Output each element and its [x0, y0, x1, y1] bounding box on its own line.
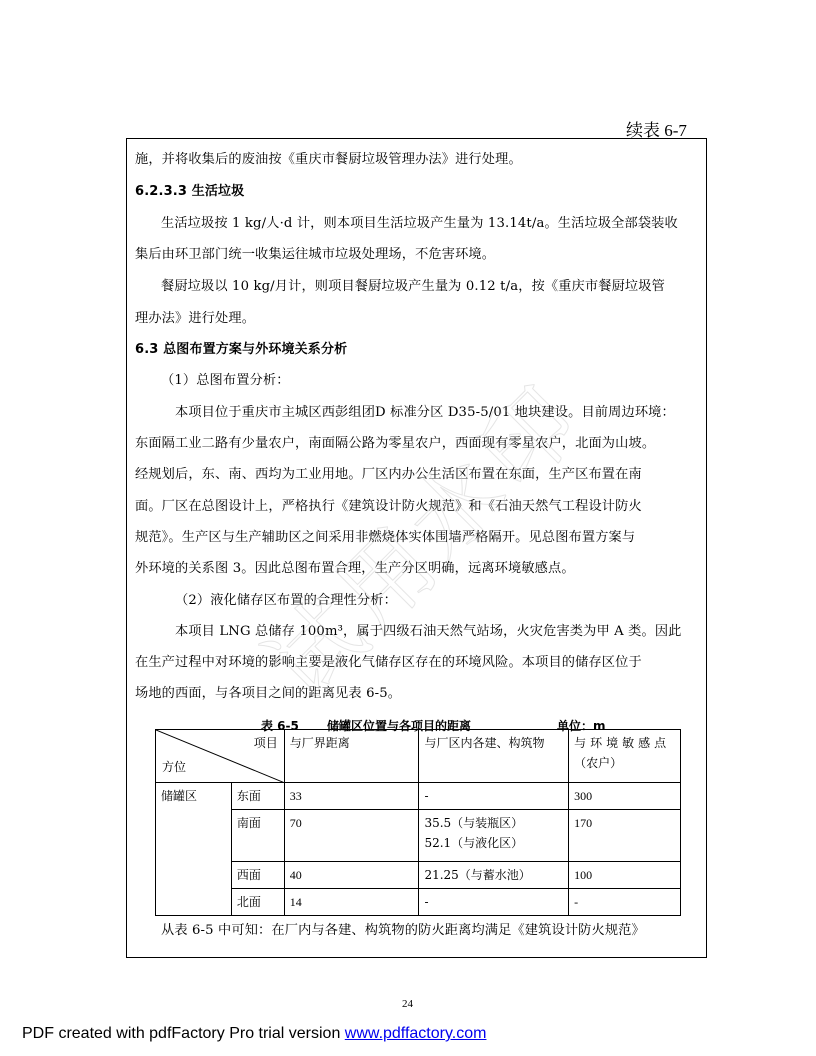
section-heading-6-2-3-3: 6.2.3.3 生活垃圾: [135, 184, 698, 200]
sensitive-cell: -: [569, 889, 681, 916]
buildings-cell: 21.25（与蓄水池）: [419, 862, 569, 889]
pdf-notice: PDF created with pdfFactory Pro trial ve…: [22, 1025, 345, 1042]
text-line: 东面隔工业二路有少量农户，南面隔公路为零星农户，西面现有零星农户，北面为山坡。: [135, 436, 698, 452]
text-line: 餐厨垃圾以 10 kg/月计，则项目餐厨垃圾产生量为 0.12 t/a，按《重庆…: [135, 279, 698, 295]
table-row: 南面 70 35.5（与装瓶区） 52.1（与液化区） 170: [156, 810, 681, 862]
text-line: 经规划后，东、南、西均为工业用地。厂区内办公生活区布置在东面，生产区布置在南: [135, 467, 698, 483]
text-line: 场地的西面，与各项目之间的距离见表 6-5。: [135, 686, 698, 702]
direction-cell: 西面: [231, 862, 284, 889]
sensitive-cell: 300: [569, 783, 681, 810]
header-boundary: 与厂界距离: [284, 730, 419, 783]
buildings-cell: 35.5（与装瓶区） 52.1（与液化区）: [419, 810, 569, 862]
direction-cell: 南面: [231, 810, 284, 862]
text-line: 规范》。生产区与生产辅助区之间采用非燃烧体实体围墙严格隔开。见总图布置方案与: [135, 530, 698, 546]
pdffactory-link[interactable]: www.pdffactory.com: [345, 1025, 487, 1042]
boundary-cell: 40: [284, 862, 419, 889]
text-line: 集后由环卫部门统一收集运往城市垃圾处理场，不危害环境。: [135, 247, 698, 263]
buildings-line: 35.5（与装瓶区）: [424, 813, 563, 833]
text-line: 本项目 LNG 总储存 100m³，属于四级石油天然气站场，火灾危害类为甲 A …: [135, 624, 698, 640]
boundary-cell: 14: [284, 889, 419, 916]
text-line: 施，并将收集后的废油按《重庆市餐厨垃圾管理办法》进行处理。: [135, 152, 698, 168]
direction-cell: 东面: [231, 783, 284, 810]
header-buildings: 与厂区内各建、构筑物: [419, 730, 569, 783]
table-row: 西面 40 21.25（与蓄水池） 100: [156, 862, 681, 889]
subheading-layout-analysis: （1）总图布置分析：: [135, 373, 698, 389]
boundary-cell: 33: [284, 783, 419, 810]
text-line: 面。厂区在总图设计上，严格执行《建筑设计防火规范》和《石油天然气工程设计防火: [135, 499, 698, 515]
text-line: 从表 6-5 中可知：在厂内与各建、构筑物的防火距离均满足《建筑设计防火规范》: [135, 923, 698, 939]
page-number: 24: [402, 998, 413, 1010]
buildings-cell: -: [419, 889, 569, 916]
text-line: 外环境的关系图 3。因此总图布置合理，生产分区明确，远离环境敏感点。: [135, 561, 698, 577]
header-sensitive-line1: 与环境敏感点: [574, 733, 675, 753]
direction-cell: 北面: [231, 889, 284, 916]
table-row: 北面 14 - -: [156, 889, 681, 916]
header-sensitive: 与环境敏感点 （农户）: [569, 730, 681, 783]
distance-table: 项目 方位 与厂界距离 与厂区内各建、构筑物 与环境敏感点 （农户） 储罐区 东…: [155, 729, 681, 916]
sensitive-cell: 100: [569, 862, 681, 889]
subheading-storage-analysis: （2）液化储存区布置的合理性分析：: [135, 593, 698, 609]
boundary-cell: 70: [284, 810, 419, 862]
group-cell: 储罐区: [156, 783, 232, 916]
table-row: 储罐区 东面 33 - 300: [156, 783, 681, 810]
text-line: 本项目位于重庆市主城区西彭组团D 标准分区 D35-5/01 地块建设。目前周边…: [135, 405, 698, 421]
section-heading-6-3: 6.3 总图布置方案与外环境关系分析: [135, 342, 698, 358]
sensitive-cell: 170: [569, 810, 681, 862]
pdf-footer: PDF created with pdfFactory Pro trial ve…: [22, 1025, 486, 1043]
table-header-row: 项目 方位 与厂界距离 与厂区内各建、构筑物 与环境敏感点 （农户）: [156, 730, 681, 783]
buildings-line: 52.1（与液化区）: [424, 833, 563, 853]
text-line: 在生产过程中对环境的影响主要是液化气储存区存在的环境风险。本项目的储存区位于: [135, 655, 698, 671]
text-line: 生活垃圾按 1 kg/人·d 计，则本项目生活垃圾产生量为 13.14t/a。生…: [135, 216, 698, 232]
diagonal-header-cell: 项目 方位: [156, 730, 285, 783]
buildings-cell: -: [419, 783, 569, 810]
header-direction: 方位: [162, 757, 186, 777]
header-sensitive-line2: （农户）: [574, 753, 675, 773]
text-line: 理办法》进行处理。: [135, 311, 698, 327]
header-item: 项目: [254, 733, 278, 753]
content-frame: 施，并将收集后的废油按《重庆市餐厨垃圾管理办法》进行处理。 6.2.3.3 生活…: [126, 138, 707, 958]
